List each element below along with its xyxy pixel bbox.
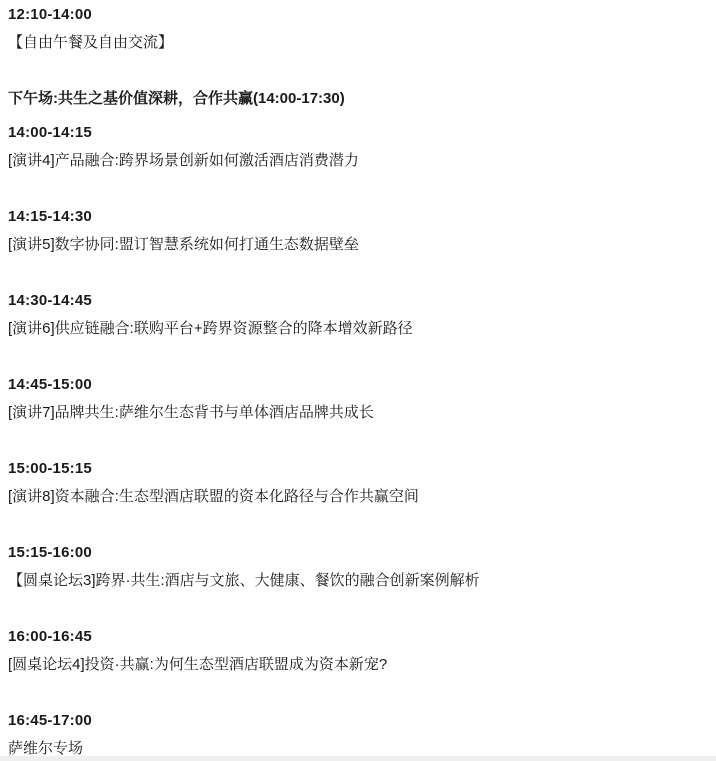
agenda-entry: 16:45-17:00 萨维尔专场 — [8, 707, 704, 761]
entry-title: [演讲6]供应链融合:联购平台+跨界资源整合的降本增效新路径 — [8, 315, 704, 343]
entry-title: [演讲8]资本融合:生态型酒店联盟的资本化路径与合作共赢空间 — [8, 483, 704, 511]
agenda-entry: 15:00-15:15 [演讲8]资本融合:生态型酒店联盟的资本化路径与合作共赢… — [8, 455, 704, 511]
agenda-entry: 12:10-14:00 【自由午餐及自由交流】 — [8, 1, 704, 57]
entry-time: 15:15-16:00 — [8, 539, 704, 567]
entry-time: 16:45-17:00 — [8, 707, 704, 735]
entry-time: 14:00-14:15 — [8, 119, 704, 147]
agenda-entry: 14:15-14:30 [演讲5]数字协同:盟订智慧系统如何打通生态数据壁垒 — [8, 203, 704, 259]
bottom-divider-bar — [0, 756, 716, 761]
agenda-entry: 15:15-16:00 【圆桌论坛3]跨界·共生:酒店与文旅、大健康、餐饮的融合… — [8, 539, 704, 595]
entry-title: 【自由午餐及自由交流】 — [8, 29, 704, 57]
session-header: 下午场:共生之基价值深耕，合作共赢(14:00-17:30) — [8, 85, 704, 113]
entry-time: 14:30-14:45 — [8, 287, 704, 315]
entry-title: [演讲5]数字协同:盟订智慧系统如何打通生态数据壁垒 — [8, 231, 704, 259]
entry-title: [圆桌论坛4]投资·共赢:为何生态型酒店联盟成为资本新宠? — [8, 651, 704, 679]
agenda-entry: 14:00-14:15 [演讲4]产品融合:跨界场景创新如何激活酒店消费潜力 — [8, 119, 704, 175]
entry-time: 14:15-14:30 — [8, 203, 704, 231]
agenda-document: 12:10-14:00 【自由午餐及自由交流】 下午场:共生之基价值深耕，合作共… — [0, 0, 716, 761]
agenda-entry: 14:45-15:00 [演讲7]品牌共生:萨维尔生态背书与单体酒店品牌共成长 — [8, 371, 704, 427]
agenda-entry: 16:00-16:45 [圆桌论坛4]投资·共赢:为何生态型酒店联盟成为资本新宠… — [8, 623, 704, 679]
agenda-entry: 14:30-14:45 [演讲6]供应链融合:联购平台+跨界资源整合的降本增效新… — [8, 287, 704, 343]
entry-time: 15:00-15:15 — [8, 455, 704, 483]
entry-time: 12:10-14:00 — [8, 1, 704, 29]
entry-time: 16:00-16:45 — [8, 623, 704, 651]
entry-title: [演讲4]产品融合:跨界场景创新如何激活酒店消费潜力 — [8, 147, 704, 175]
entry-title: [演讲7]品牌共生:萨维尔生态背书与单体酒店品牌共成长 — [8, 399, 704, 427]
entry-time: 14:45-15:00 — [8, 371, 704, 399]
entry-title: 【圆桌论坛3]跨界·共生:酒店与文旅、大健康、餐饮的融合创新案例解析 — [8, 567, 704, 595]
